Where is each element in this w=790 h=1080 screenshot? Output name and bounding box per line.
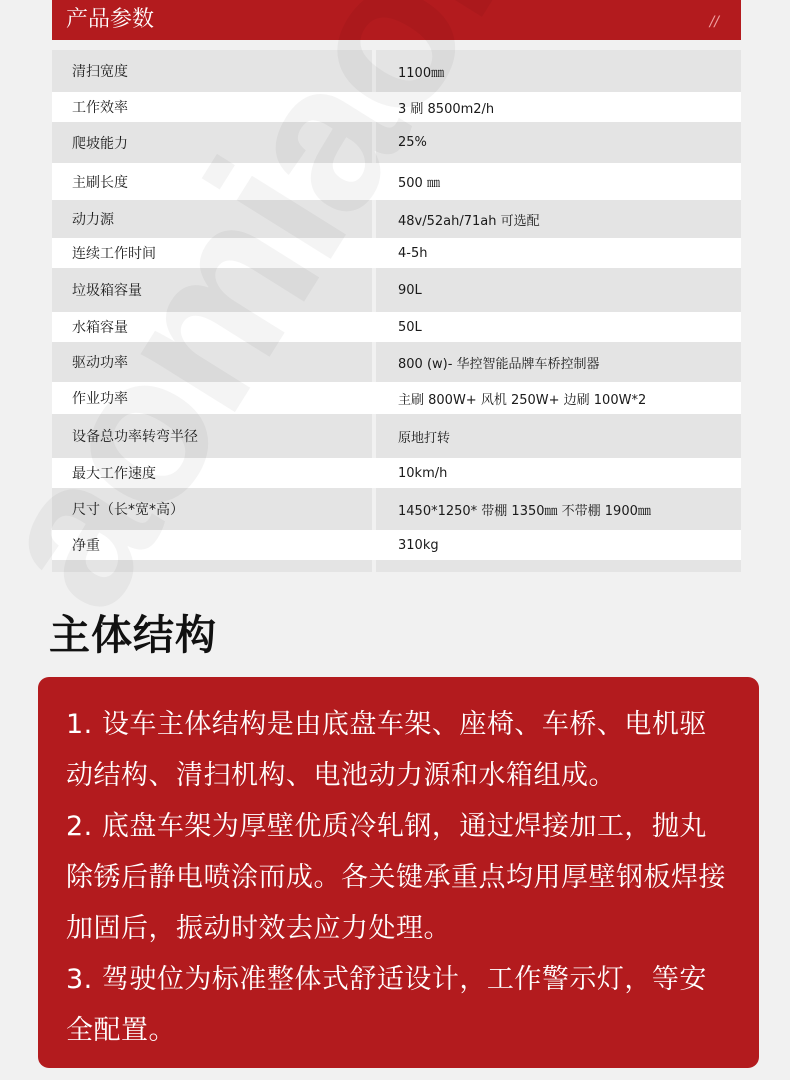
spec-table-footer <box>52 560 741 572</box>
params-section-header: 产品参数 // <box>52 0 741 40</box>
spec-label: 主刷长度 <box>52 163 372 200</box>
spec-value: 25% <box>376 122 741 163</box>
spec-row: 水箱容量 50L <box>52 312 741 342</box>
spec-value: 500 ㎜ <box>372 163 741 200</box>
spec-value: 50L <box>372 312 741 342</box>
spec-value: 48v/52ah/71ah 可选配 <box>376 200 741 238</box>
spec-label: 尺寸（长*宽*高） <box>52 488 372 530</box>
spec-label: 爬坡能力 <box>52 122 372 163</box>
spec-label: 动力源 <box>52 200 372 238</box>
spec-value: 800 (w)- 华控智能品牌车桥控制器 <box>376 342 741 382</box>
spec-table: 清扫宽度 1100㎜ 工作效率 3 刷 8500m2/h 爬坡能力 25% 主刷… <box>52 50 741 572</box>
spec-label: 作业功率 <box>52 382 372 414</box>
spec-value: 4-5h <box>372 238 741 268</box>
spec-row: 主刷长度 500 ㎜ <box>52 163 741 200</box>
spec-row: 驱动功率 800 (w)- 华控智能品牌车桥控制器 <box>52 342 741 382</box>
spec-value: 主刷 800W+ 风机 250W+ 边刷 100W*2 <box>372 382 741 414</box>
spec-row: 垃圾箱容量 90L <box>52 268 741 312</box>
slash-decoration-icon: // <box>710 12 719 32</box>
spec-label: 工作效率 <box>52 92 372 122</box>
spec-value: 90L <box>376 268 741 312</box>
spec-row: 动力源 48v/52ah/71ah 可选配 <box>52 200 741 238</box>
spec-label: 垃圾箱容量 <box>52 268 372 312</box>
params-section-title: 产品参数 <box>66 4 154 36</box>
spec-row: 尺寸（长*宽*高） 1450*1250* 带棚 1350㎜ 不带棚 1900㎜ <box>52 488 741 530</box>
spec-label: 连续工作时间 <box>52 238 372 268</box>
structure-paragraph-3: 3. 驾驶位为标准整体式舒适设计，工作警示灯，等安全配置。 <box>66 954 731 1056</box>
spec-label: 最大工作速度 <box>52 458 372 488</box>
spec-value: 10km/h <box>372 458 741 488</box>
spec-row: 净重 310kg <box>52 530 741 560</box>
spec-value: 原地打转 <box>376 414 741 458</box>
spec-value: 3 刷 8500m2/h <box>372 92 741 122</box>
spec-row: 清扫宽度 1100㎜ <box>52 50 741 92</box>
structure-paragraph-1: 1. 设车主体结构是由底盘车架、座椅、车桥、电机驱动结构、清扫机构、电池动力源和… <box>66 699 731 801</box>
spec-label: 清扫宽度 <box>52 50 372 92</box>
spec-row: 作业功率 主刷 800W+ 风机 250W+ 边刷 100W*2 <box>52 382 741 414</box>
spec-footer-right <box>376 560 741 572</box>
spec-label: 水箱容量 <box>52 312 372 342</box>
spec-label: 净重 <box>52 530 372 560</box>
spec-row: 爬坡能力 25% <box>52 122 741 163</box>
spec-label: 设备总功率转弯半径 <box>52 414 372 458</box>
structure-section-title: 主体结构 <box>49 605 217 665</box>
structure-paragraph-2: 2. 底盘车架为厚壁优质冷轧钢，通过焊接加工，抛丸除锈后静电喷涂而成。各关键承重… <box>66 801 731 954</box>
spec-row: 最大工作速度 10km/h <box>52 458 741 488</box>
spec-row: 连续工作时间 4-5h <box>52 238 741 268</box>
spec-label: 驱动功率 <box>52 342 372 382</box>
spec-row: 设备总功率转弯半径 原地打转 <box>52 414 741 458</box>
spec-footer-left <box>52 560 372 572</box>
spec-value: 1100㎜ <box>376 50 741 92</box>
spec-value: 310kg <box>372 530 741 560</box>
structure-description-card: 1. 设车主体结构是由底盘车架、座椅、车桥、电机驱动结构、清扫机构、电池动力源和… <box>38 677 759 1068</box>
spec-row: 工作效率 3 刷 8500m2/h <box>52 92 741 122</box>
spec-value: 1450*1250* 带棚 1350㎜ 不带棚 1900㎜ <box>376 488 741 530</box>
